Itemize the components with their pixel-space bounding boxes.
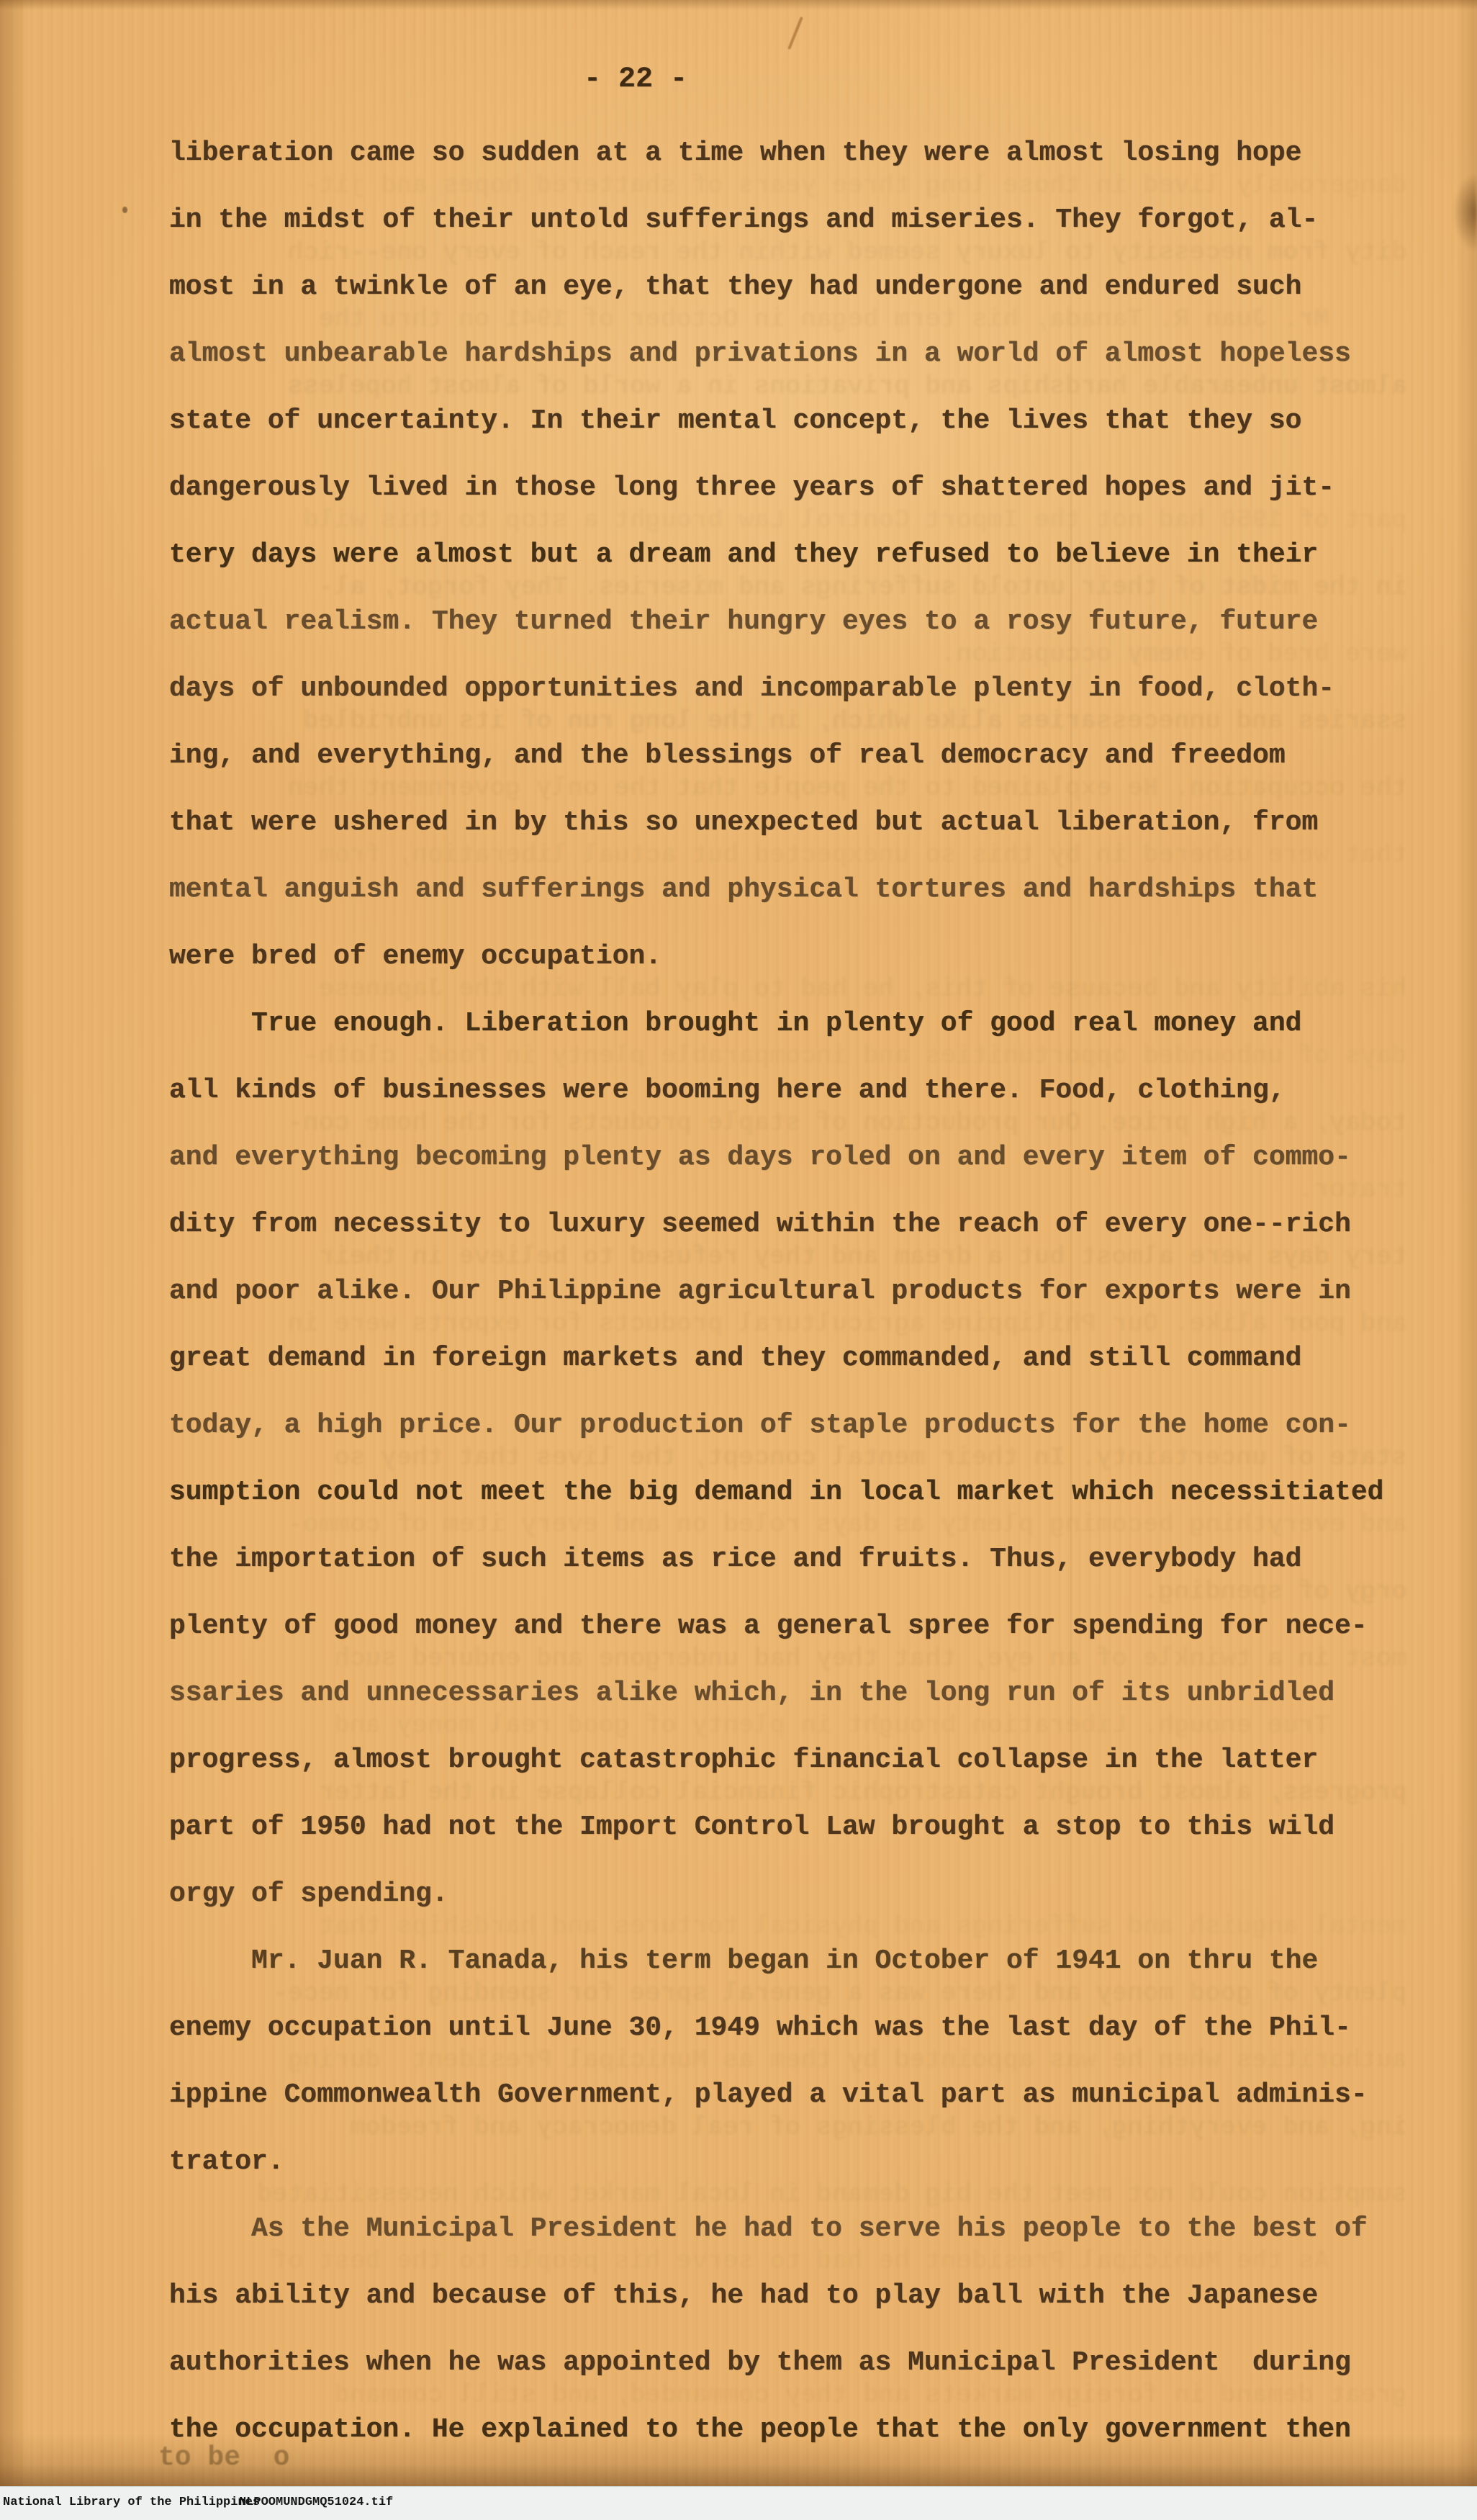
typed-line: mental anguish and sufferings and physic…: [169, 873, 1407, 940]
page-number: - 22 -: [584, 63, 687, 96]
typed-line: most in a twinkle of an eye, that they h…: [169, 271, 1407, 338]
typed-line: state of uncertainty. In their mental co…: [169, 405, 1407, 472]
typed-line: all kinds of businesses were booming her…: [169, 1074, 1407, 1141]
typed-line: that were ushered in by this so unexpect…: [169, 806, 1407, 873]
typed-line: great demand in foreign markets and they…: [169, 1342, 1407, 1409]
ink-speck: [122, 207, 127, 213]
typed-lines: liberation came so sudden at a time when…: [169, 137, 1407, 2480]
typed-line: enemy occupation until June 30, 1949 whi…: [169, 2012, 1407, 2079]
edge-smudge: [1453, 173, 1477, 252]
typed-line: the importation of such items as rice an…: [169, 1543, 1407, 1610]
typed-line: today, a high price. Our production of s…: [169, 1409, 1407, 1476]
typed-line: True enough. Liberation brought in plent…: [169, 1007, 1407, 1074]
typed-line: trator.: [169, 2146, 1407, 2213]
typed-line: As the Municipal President he had to ser…: [169, 2213, 1407, 2280]
scanner-footer-bar: National Library of the Philippines NLPO…: [0, 2486, 1477, 2520]
typed-line: dangerously lived in those long three ye…: [169, 472, 1407, 539]
typed-line: Mr. Juan R. Tanada, his term began in Oc…: [169, 1945, 1407, 2012]
faint-trailing-text: to be o: [158, 2442, 289, 2473]
footer-library-name: National Library of the Philippines: [3, 2496, 260, 2509]
typed-line: in the midst of their untold sufferings …: [169, 204, 1407, 271]
typed-line: tery days were almost but a dream and th…: [169, 539, 1407, 606]
typed-line: orgy of spending.: [169, 1878, 1407, 1945]
typed-line: part of 1950 had not the Import Control …: [169, 1811, 1407, 1878]
typed-line: were bred of enemy occupation.: [169, 940, 1407, 1007]
scanned-document-page: { "document": { "page_number": "- 22 -",…: [0, 0, 1477, 2520]
footer-filename: NLPOOMUNDGMQ51024.tif: [239, 2496, 393, 2509]
typed-line: sumption could not meet the big demand i…: [169, 1476, 1407, 1543]
typed-line: days of unbounded opportunities and inco…: [169, 672, 1407, 739]
typed-line: ing, and everything, and the blessings o…: [169, 739, 1407, 806]
typed-line: and poor alike. Our Philippine agricultu…: [169, 1275, 1407, 1342]
typed-line: almost unbearable hardships and privatio…: [169, 338, 1407, 405]
typed-line: his ability and because of this, he had …: [169, 2280, 1407, 2346]
typed-line: actual realism. They turned their hungry…: [169, 606, 1407, 672]
typed-line: ippine Commonwealth Government, played a…: [169, 2079, 1407, 2146]
typed-line: authorities when he was appointed by the…: [169, 2346, 1407, 2413]
typed-line: liberation came so sudden at a time when…: [169, 137, 1407, 204]
typed-line: progress, almost brought catastrophic fi…: [169, 1744, 1407, 1811]
typed-line: dity from necessity to luxury seemed wit…: [169, 1208, 1407, 1275]
typed-line: and everything becoming plenty as days r…: [169, 1141, 1407, 1208]
typed-line: plenty of good money and there was a gen…: [169, 1610, 1407, 1677]
typed-line: ssaries and unnecessaries alike which, i…: [169, 1677, 1407, 1744]
